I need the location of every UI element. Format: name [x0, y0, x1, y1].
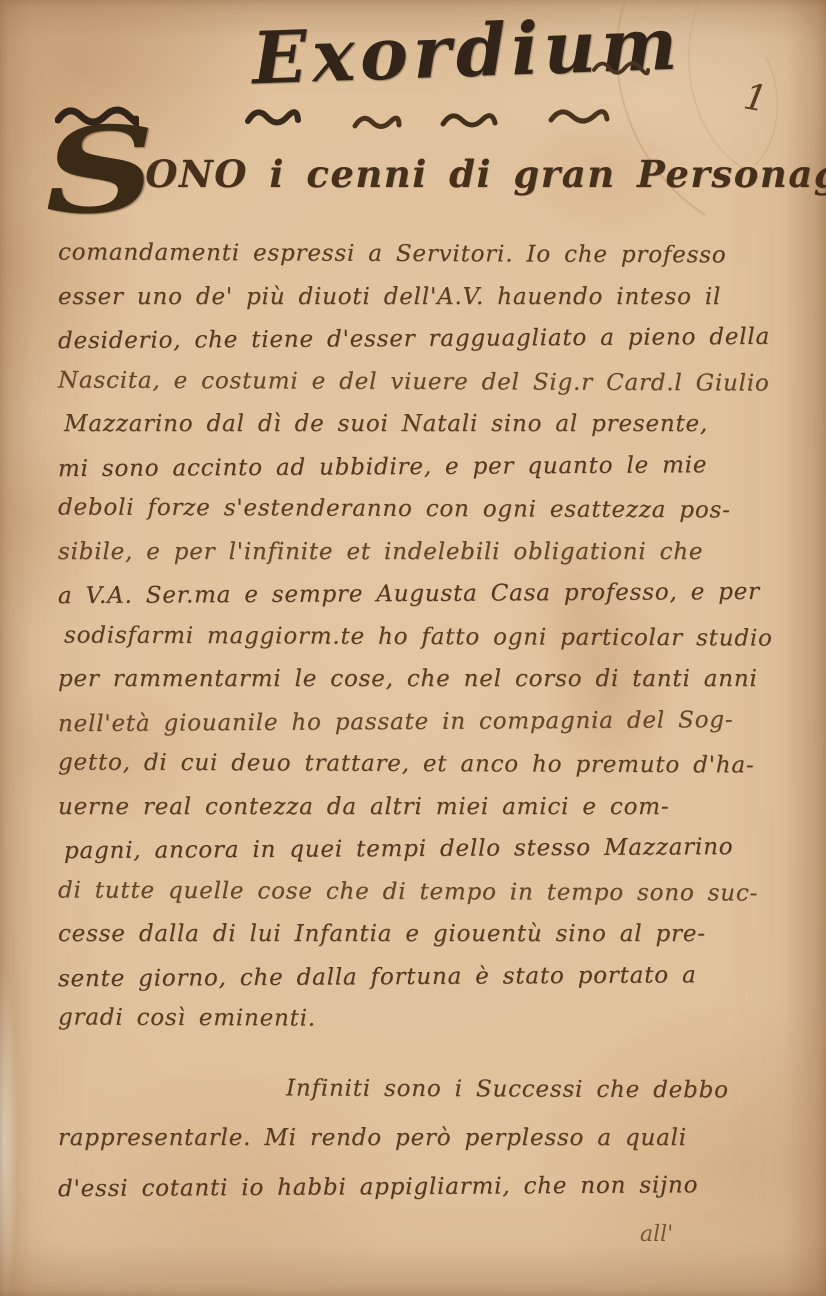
- manuscript-line: Nascita, e costumi e del viuere del Sig.…: [58, 359, 774, 405]
- body-text: comandamenti espressi a Servitori. Io ch…: [58, 233, 774, 1247]
- manuscript-line: gradi così eminenti.: [58, 996, 774, 1042]
- manuscript-line: cesse dalla di lui Infantia e giouentù s…: [58, 913, 774, 956]
- manuscript-line: per rammentarmi le cose, che nel corso d…: [58, 658, 774, 701]
- catchword: all': [58, 1222, 774, 1247]
- manuscript-line: getto, di cui deuo trattare, et anco ho …: [58, 741, 774, 787]
- manuscript-photo: Exordium 1 SONO i cenni di gran Personag…: [0, 0, 826, 1296]
- manuscript-line: pagni, ancora in quei tempi dello stesso…: [58, 826, 774, 873]
- opening-line-text: ONO i cenni di gran Personaggi: [145, 152, 826, 196]
- manuscript-line: nell'età giouanile ho passate in compagn…: [58, 698, 774, 745]
- manuscript-line: esser uno de' più diuoti dell'A.V. hauen…: [58, 276, 774, 319]
- manuscript-line: d'essi cotanti io habbi appigliarmi, che…: [58, 1160, 774, 1213]
- manuscript-line: di tutte quelle cose che di tempo in tem…: [58, 869, 774, 915]
- title-tail-flourish: [592, 58, 650, 78]
- manuscript-line: sodisfarmi maggiorm.te ho fatto ogni par…: [58, 614, 774, 660]
- manuscript-line: sibile, e per l'infinite et indelebili o…: [58, 531, 774, 574]
- opening-line: SONO i cenni di gran Personaggi: [46, 126, 826, 218]
- manuscript-line: a V.A. Ser.ma e sempre Augusta Casa prof…: [58, 571, 774, 618]
- manuscript-line: Mazzarino dal dì de suoi Natali sino al …: [58, 403, 774, 446]
- second-paragraph: Infiniti sono i Successi che debbo rappr…: [58, 1065, 774, 1212]
- manuscript-line: comandamenti espressi a Servitori. Io ch…: [58, 231, 774, 277]
- manuscript-line: Infiniti sono i Successi che debbo: [58, 1063, 774, 1115]
- manuscript-line: sente giorno, che dalla fortuna è stato …: [58, 953, 774, 1000]
- manuscript-line: desiderio, che tiene d'esser ragguagliat…: [58, 316, 774, 363]
- manuscript-line: rappresentarle. Mi rendo però perplesso …: [58, 1114, 774, 1163]
- manuscript-line: uerne real contezza da altri miei amici …: [58, 786, 774, 829]
- drop-cap-initial: S: [42, 123, 159, 218]
- manuscript-line: mi sono accinto ad ubbidire, e per quant…: [58, 443, 774, 490]
- manuscript-line: deboli forze s'estenderanno con ogni esa…: [58, 486, 774, 532]
- flourish-mark: [548, 106, 610, 128]
- page-title: Exordium: [251, 1, 684, 101]
